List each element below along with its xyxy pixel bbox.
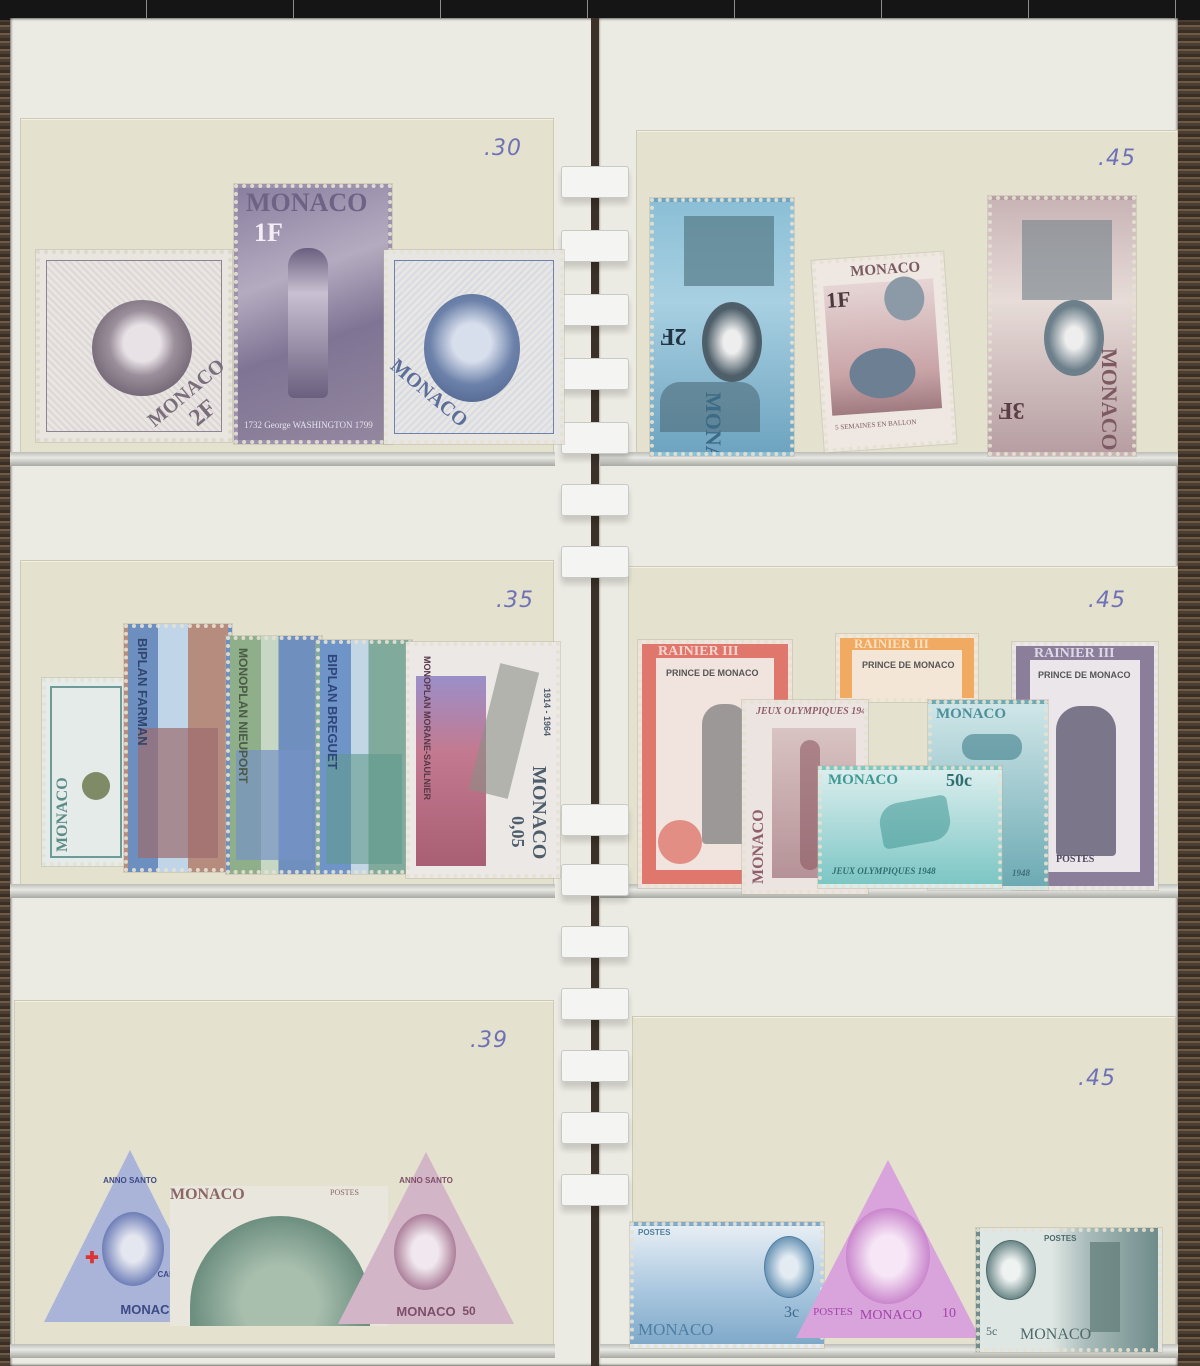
portrait-oval xyxy=(986,1240,1036,1300)
stamp-value: 3F xyxy=(998,396,1025,423)
stamp-jules-verne-3f: 3F MONACO xyxy=(988,196,1136,456)
stamp-years: 1914 - 1964 xyxy=(542,688,552,736)
binder-ring xyxy=(561,988,629,1020)
album-page-edges-right xyxy=(1178,20,1200,1366)
stamp-caption: BIPLAN BREGUET xyxy=(325,654,340,770)
binder-ring xyxy=(561,166,629,198)
stamp-caption: MONOPLAN MORANE-SAULNIER xyxy=(422,656,432,800)
portrait-oval xyxy=(394,1214,456,1290)
stamp-country: MONACO xyxy=(638,1320,714,1340)
price-mark: .39 xyxy=(470,1028,508,1053)
stamp-subtitle: PRINCE DE MONACO xyxy=(1038,670,1131,680)
binder-ring xyxy=(561,358,629,390)
price-mark: .45 xyxy=(1098,146,1136,171)
binder-ring xyxy=(561,864,629,896)
binder-ring xyxy=(561,1174,629,1206)
stamp-country: MONACO xyxy=(54,777,72,852)
stamp-washington-1f: MONACO 1F 1732 George WASHINGTON 1799 xyxy=(234,184,392,444)
stamp-text: POSTES xyxy=(1056,854,1094,865)
stamp-country: MONACO xyxy=(170,1186,245,1204)
stamp-elephant-balloon-1f: MONACO 1F 5 SEMAINES EN BALLON xyxy=(811,252,956,453)
portrait-oval xyxy=(702,302,762,382)
portrait-oval xyxy=(846,1208,930,1304)
stamp-country: MONACO xyxy=(750,809,768,884)
stamp-bottom-text: 1732 George WASHINGTON 1799 xyxy=(244,420,373,430)
binder-ring xyxy=(561,546,629,578)
stamp-subtitle: PRINCE DE MONACO xyxy=(666,668,759,678)
stamp-value: 5c xyxy=(986,1324,997,1339)
stamp-map-1914-1964: MONACO xyxy=(42,678,130,866)
stamp-roosevelt-2f: MONACO 2F xyxy=(36,250,232,442)
stamp-footer: JEUX OLYMPIQUES 1948 xyxy=(832,866,936,876)
stamp-caption: 5 SEMAINES EN BALLON xyxy=(835,418,917,432)
stamp-rainier-orange: RAINIER III PRINCE DE MONACO xyxy=(836,634,978,702)
strip-divider xyxy=(10,452,555,466)
stamp-lincoln-3f: MONACO xyxy=(384,250,564,444)
stamp-header: JEUX OLYMPIQUES 1948 xyxy=(756,706,868,717)
stamp-value: 10 xyxy=(934,1306,964,1322)
binder-ring xyxy=(561,1050,629,1082)
price-mark: .45 xyxy=(1078,1066,1116,1091)
stamp-footer: 1948 xyxy=(1012,868,1030,878)
stamp-value: 0,05 xyxy=(507,816,528,848)
binder-ring xyxy=(561,484,629,516)
stamp-header: ANNO SANTO xyxy=(396,1176,456,1185)
binder-ring xyxy=(561,422,629,454)
seal xyxy=(658,820,702,864)
red-cross-icon: ✚ xyxy=(82,1248,102,1268)
stamp-country: MONACO xyxy=(527,766,550,859)
stamp-jules-verne-2f: 2F MONACO xyxy=(650,198,794,456)
stamp-text: POSTES xyxy=(638,1228,670,1237)
stamp-country: MONACO xyxy=(700,392,726,456)
binder-ring xyxy=(561,294,629,326)
album-spine xyxy=(591,18,599,1366)
stamp-country: MONACO xyxy=(1096,348,1122,451)
stamp-text: POSTES xyxy=(808,1306,858,1318)
map-island xyxy=(82,772,110,800)
stamp-biplan-farman: BIPLAN FARMAN xyxy=(124,624,232,872)
stamp-value: 50c xyxy=(946,770,972,791)
stamp-value: 2F xyxy=(660,322,687,349)
stamp-value: 1F xyxy=(825,286,851,314)
stamp-caption: MONOPLAN NIEUPORT xyxy=(236,648,250,783)
stamp-country: MONACO xyxy=(828,772,898,789)
binder-ring xyxy=(561,230,629,262)
binder-ring xyxy=(561,1112,629,1144)
stamp-biplan-breguet: BIPLAN BREGUET xyxy=(316,640,412,874)
portrait-oval xyxy=(92,300,192,396)
stamp-header: RAINIER III xyxy=(1034,646,1115,662)
strip-divider xyxy=(10,884,555,898)
stamp-header: ANNO SANTO xyxy=(100,1176,160,1185)
portrait-oval xyxy=(1044,300,1104,376)
price-mark: .30 xyxy=(484,136,522,161)
stamp-value: 1F xyxy=(254,218,283,248)
stamp-caption: BIPLAN FARMAN xyxy=(135,638,150,746)
stamp-monoplan-morane-saulnier: MONOPLAN MORANE-SAULNIER MONACO 0,05 191… xyxy=(406,642,560,878)
stamp-monoplan-nieuport: MONOPLAN NIEUPORT xyxy=(226,636,322,874)
stamp-header: RAINIER III xyxy=(658,644,739,660)
stamp-olympics-hurdler-50c: MONACO 50c JEUX OLYMPIQUES 1948 xyxy=(818,766,1002,888)
stamp-roosevelt-5c: POSTES 5c MONACO xyxy=(976,1228,1162,1352)
stamp-country: MONACO xyxy=(246,188,367,218)
price-mark: .35 xyxy=(496,588,534,613)
binder-ring xyxy=(561,804,629,836)
stamp-header: RAINIER III xyxy=(854,636,929,652)
strip-divider xyxy=(10,1344,555,1358)
stamp-country: MONACO xyxy=(1020,1326,1091,1344)
stamp-subtitle: PRINCE DE MONACO xyxy=(862,660,955,670)
binder-ring xyxy=(561,926,629,958)
stamp-country: MONACO xyxy=(846,1308,936,1324)
stamp-roosevelt-3c: POSTES MONACO 3c xyxy=(630,1222,824,1348)
stamp-text: POSTES xyxy=(1044,1234,1076,1243)
stamp-value: 50 xyxy=(454,1304,484,1318)
stamp-country: MONACO xyxy=(936,706,1006,723)
price-mark: .45 xyxy=(1088,588,1126,613)
